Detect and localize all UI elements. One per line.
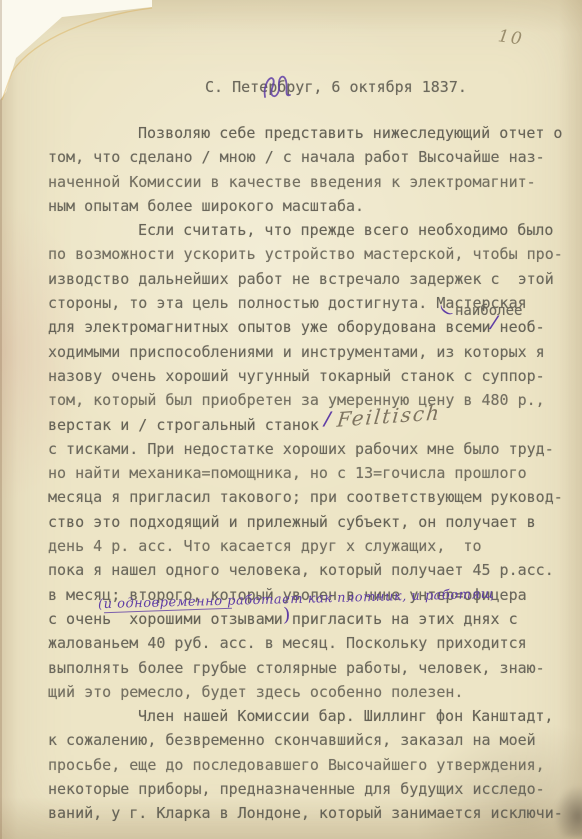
typed-line: ство это подходящий и прилежный субъект,… xyxy=(48,510,558,534)
letter-body: Позволяю себе представить нижеследующий … xyxy=(48,121,558,826)
typed-line: жалованьем 40 руб. асс. в месяц. Посколь… xyxy=(48,631,558,655)
typed-line: с тисками. При недостатке хороших рабочи… xyxy=(48,437,558,461)
typed-line: назову очень хороший чугунный токарный с… xyxy=(48,364,558,388)
scanned-letter-page: 10 С. Петербруг, 6 октября 1837. Позволя… xyxy=(0,0,582,839)
typed-line: ваний, у г. Кларка в Лондоне, который за… xyxy=(48,801,558,825)
paper-corner-edge xyxy=(0,0,160,110)
typed-line: но найти механика=помощника, но с 13=гоч… xyxy=(48,461,558,485)
typed-line: месяца я пригласил такового; при соответ… xyxy=(48,485,558,509)
typed-line: некоторые приборы, предназначенные для б… xyxy=(48,777,558,801)
scan-edge-shadow xyxy=(0,0,2,839)
typed-line: Позволяю себе представить нижеследующий … xyxy=(48,121,558,145)
typed-line: пока я нашел одного человека, который по… xyxy=(48,558,558,582)
typed-line: верстак и / строгальный станок xyxy=(48,413,558,437)
typed-line: щий это ремесло, будет здесь особенно по… xyxy=(48,680,558,704)
ink-slash: / xyxy=(321,408,334,431)
typed-line: день 4 р. асс. Что касается друг х служа… xyxy=(48,534,558,558)
dateline: С. Петербруг, 6 октября 1837. xyxy=(205,78,467,96)
typed-line: наченной Комиссии в качестве введения к … xyxy=(48,170,558,194)
typed-line: том, который был приобретен за умеренную… xyxy=(48,388,558,412)
typed-line: Если считать, что прежде всего необходим… xyxy=(48,218,558,242)
typed-line: просьбе, еще до последовавшего Высочайше… xyxy=(48,753,558,777)
typed-line: изводство дальнейших работ не встречало … xyxy=(48,267,558,291)
ink-close-paren: ) xyxy=(283,604,290,626)
scan-smudge xyxy=(554,785,582,837)
typed-line: ходимыми приспособлениями и инструментам… xyxy=(48,340,558,364)
handwritten-page-number: 10 xyxy=(497,26,525,49)
typed-line: Член нашей Комиссии бар. Шиллинг фон Кан… xyxy=(48,704,558,728)
typed-line: ным опытам более широкого масштаба. xyxy=(48,194,558,218)
typed-line: выполнять более грубые столярные работы,… xyxy=(48,656,558,680)
ink-correction-squiggle-icon xyxy=(261,70,297,106)
typed-line: по возможности ускорить устройство масте… xyxy=(48,242,558,266)
typed-line: том, что сделано / мною / с начала работ… xyxy=(48,145,558,169)
typed-line: для электромагнитных опытов уже оборудов… xyxy=(48,315,558,339)
typed-line: к сожалению, безвременно скончавшийся, з… xyxy=(48,728,558,752)
